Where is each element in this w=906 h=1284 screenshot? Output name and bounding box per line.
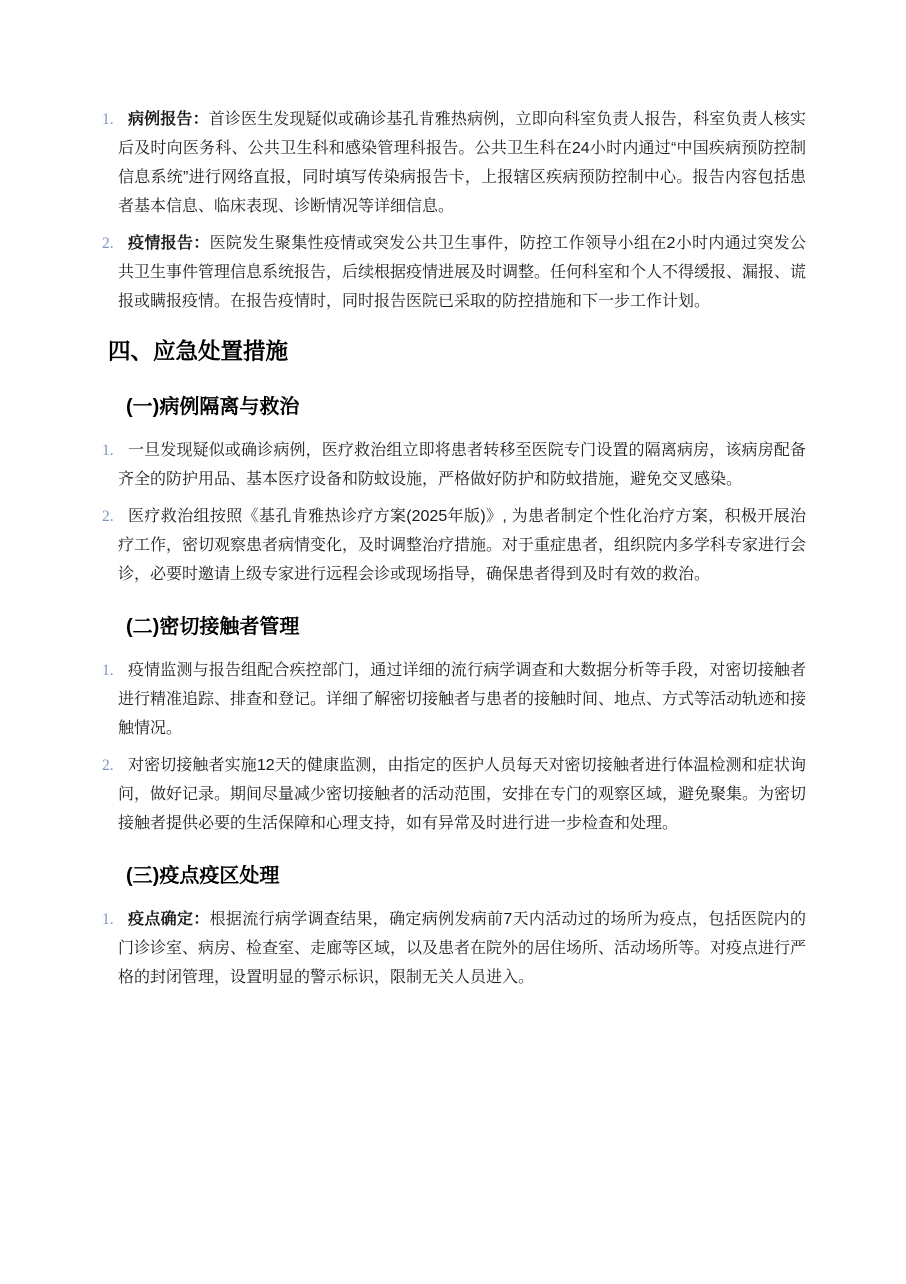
list-item: 2. 疫情报告：医院发生聚集性疫情或突发公共卫生事件，防控工作领导小组在2小时内… bbox=[100, 229, 806, 316]
item-lead-label: 疫情报告： bbox=[128, 235, 210, 252]
item-body-text: 医疗救治组按照《基孔肯雅热诊疗方案(2025年版)》, 为患者制定个性化治疗方案… bbox=[118, 508, 806, 583]
subsection-title-close-contact: (二)密切接触者管理 bbox=[126, 615, 806, 640]
list-item-text: 疫情监测与报告组配合疾控部门，通过详细的流行病学调查和大数据分析等手段，对密切接… bbox=[118, 656, 806, 743]
list-number: 1. bbox=[102, 656, 114, 685]
item-body-text: 一旦发现疑似或确诊病例，医疗救治组立即将患者转移至医院专门设置的隔离病房，该病房… bbox=[118, 442, 806, 488]
case-isolation-list: 1. 一旦发现疑似或确诊病例，医疗救治组立即将患者转移至医院专门设置的隔离病房，… bbox=[100, 436, 806, 589]
subsection-title-epidemic-spot: (三)疫点疫区处理 bbox=[126, 864, 806, 889]
item-body-text: 医院发生聚集性疫情或突发公共卫生事件，防控工作领导小组在2小时内通过突发公共卫生… bbox=[118, 235, 806, 310]
list-item-text: 疫点确定：根据流行病学调查结果，确定病例发病前7天内活动过的场所为疫点，包括医院… bbox=[118, 905, 806, 992]
document-page: 1. 病例报告：首诊医生发现疑似或确诊基孔肯雅热病例，立即向科室负责人报告，科室… bbox=[0, 0, 906, 1284]
list-number: 1. bbox=[102, 105, 114, 134]
item-body-text: 对密切接触者实施12天的健康监测，由指定的医护人员每天对密切接触者进行体温检测和… bbox=[118, 757, 806, 832]
section-heading: 四、应急处置措施 bbox=[108, 338, 806, 365]
list-item-text: 一旦发现疑似或确诊病例，医疗救治组立即将患者转移至医院专门设置的隔离病房，该病房… bbox=[118, 436, 806, 494]
list-item: 1. 病例报告：首诊医生发现疑似或确诊基孔肯雅热病例，立即向科室负责人报告，科室… bbox=[100, 105, 806, 221]
close-contact-list: 1. 疫情监测与报告组配合疾控部门，通过详细的流行病学调查和大数据分析等手段，对… bbox=[100, 656, 806, 838]
list-item-text: 疫情报告：医院发生聚集性疫情或突发公共卫生事件，防控工作领导小组在2小时内通过突… bbox=[118, 229, 806, 316]
list-item: 1. 疫点确定：根据流行病学调查结果，确定病例发病前7天内活动过的场所为疫点，包… bbox=[100, 905, 806, 992]
list-number: 2. bbox=[102, 229, 114, 258]
item-lead-label: 病例报告： bbox=[128, 111, 209, 128]
list-item: 2. 医疗救治组按照《基孔肯雅热诊疗方案(2025年版)》, 为患者制定个性化治… bbox=[100, 502, 806, 589]
reporting-list: 1. 病例报告：首诊医生发现疑似或确诊基孔肯雅热病例，立即向科室负责人报告，科室… bbox=[100, 105, 806, 316]
item-body-text: 根据流行病学调查结果，确定病例发病前7天内活动过的场所为疫点，包括医院内的门诊诊… bbox=[118, 911, 806, 986]
list-item: 1. 疫情监测与报告组配合疾控部门，通过详细的流行病学调查和大数据分析等手段，对… bbox=[100, 656, 806, 743]
list-number: 1. bbox=[102, 436, 114, 465]
epidemic-spot-list: 1. 疫点确定：根据流行病学调查结果，确定病例发病前7天内活动过的场所为疫点，包… bbox=[100, 905, 806, 992]
item-lead-label: 疫点确定： bbox=[128, 911, 210, 928]
list-number: 1. bbox=[102, 905, 114, 934]
subsection-title-case-isolation: (一)病例隔离与救治 bbox=[126, 395, 806, 420]
item-body-text: 首诊医生发现疑似或确诊基孔肯雅热病例，立即向科室负责人报告，科室负责人核实后及时… bbox=[118, 111, 806, 215]
list-item-text: 对密切接触者实施12天的健康监测，由指定的医护人员每天对密切接触者进行体温检测和… bbox=[118, 751, 806, 838]
list-item-text: 病例报告：首诊医生发现疑似或确诊基孔肯雅热病例，立即向科室负责人报告，科室负责人… bbox=[118, 105, 806, 221]
list-number: 2. bbox=[102, 751, 114, 780]
item-body-text: 疫情监测与报告组配合疾控部门，通过详细的流行病学调查和大数据分析等手段，对密切接… bbox=[118, 662, 806, 737]
list-number: 2. bbox=[102, 502, 114, 531]
list-item-text: 医疗救治组按照《基孔肯雅热诊疗方案(2025年版)》, 为患者制定个性化治疗方案… bbox=[118, 502, 806, 589]
list-item: 2. 对密切接触者实施12天的健康监测，由指定的医护人员每天对密切接触者进行体温… bbox=[100, 751, 806, 838]
list-item: 1. 一旦发现疑似或确诊病例，医疗救治组立即将患者转移至医院专门设置的隔离病房，… bbox=[100, 436, 806, 494]
